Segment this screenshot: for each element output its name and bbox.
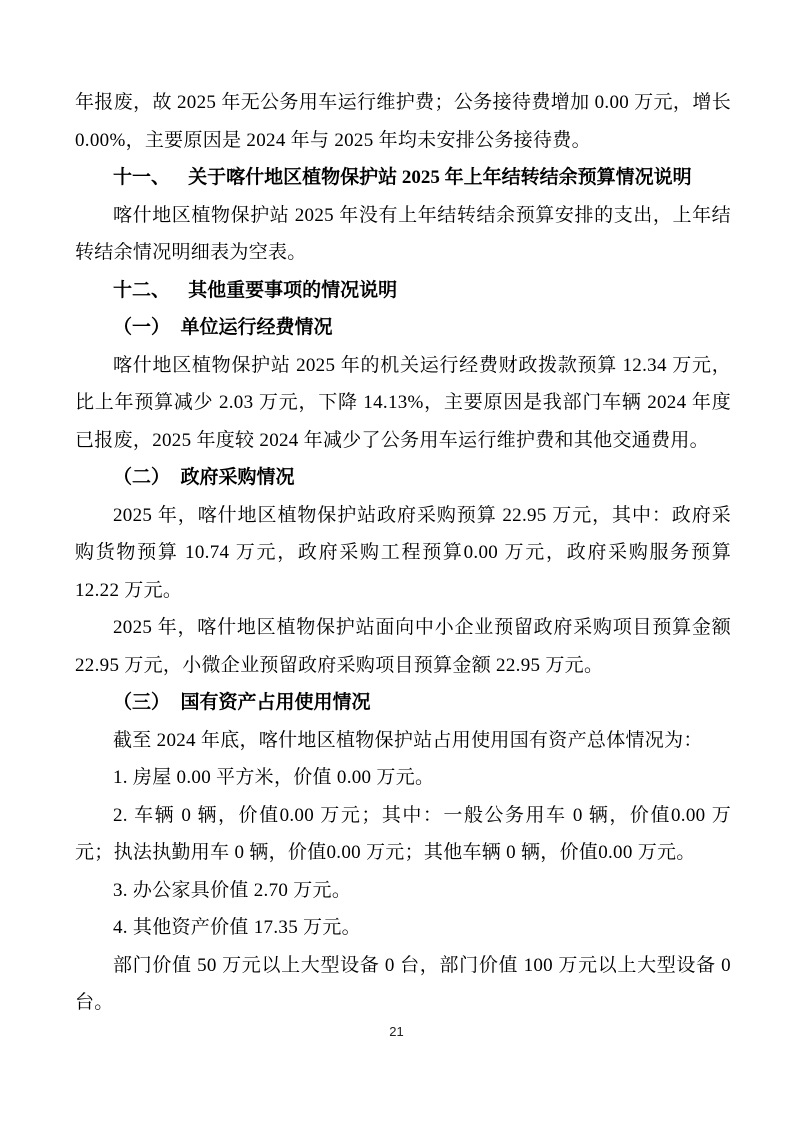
paragraph-state-assets-intro: 截至 2024 年底，喀什地区植物保护站占用使用国有资产总体情况为：	[75, 722, 731, 760]
section-heading-eleven: 十一、关于喀什地区植物保护站 2025 年上年结转结余预算情况说明	[75, 159, 731, 197]
page-number: 21	[0, 1024, 793, 1039]
subsection-title: 政府采购情况	[180, 467, 294, 488]
subsection-number: （三）	[113, 692, 170, 713]
paragraph-procurement-budget: 2025 年，喀什地区植物保护站政府采购预算 22.95 万元，其中：政府采购货…	[75, 497, 731, 610]
subsection-number: （一）	[113, 317, 170, 338]
subsection-heading-three: （三）国有资产占用使用情况	[75, 684, 731, 722]
section-number: 十二、	[113, 280, 170, 301]
subsection-title: 国有资产占用使用情况	[180, 692, 370, 713]
paragraph-asset-item-other: 4. 其他资产价值 17.35 万元。	[75, 909, 731, 947]
subsection-number: （二）	[113, 467, 170, 488]
subsection-heading-two: （二）政府采购情况	[75, 459, 731, 497]
paragraph-carryover-balance: 喀什地区植物保护站 2025 年没有上年结转结余预算安排的支出，上年结转结余情况…	[75, 197, 731, 272]
paragraph-asset-item-vehicles: 2. 车辆 0 辆，价值0.00 万元；其中：一般公务用车 0 辆，价值0.00…	[75, 797, 731, 872]
paragraph-procurement-sme: 2025 年，喀什地区植物保护站面向中小企业预留政府采购项目预算金额 22.95…	[75, 609, 731, 684]
section-heading-twelve: 十二、其他重要事项的情况说明	[75, 272, 731, 310]
paragraph-large-equipment: 部门价值 50 万元以上大型设备 0 台，部门价值 100 万元以上大型设备 0…	[75, 947, 731, 1022]
document-page: 年报废，故 2025 年无公务用车运行维护费；公务接待费增加 0.00 万元，增…	[0, 0, 793, 1122]
section-title: 关于喀什地区植物保护站 2025 年上年结转结余预算情况说明	[188, 167, 692, 188]
paragraph-continuation: 年报废，故 2025 年无公务用车运行维护费；公务接待费增加 0.00 万元，增…	[75, 84, 731, 159]
paragraph-asset-item-furniture: 3. 办公家具价值 2.70 万元。	[75, 872, 731, 910]
paragraph-operating-expenses: 喀什地区植物保护站 2025 年的机关运行经费财政拨款预算 12.34 万元，比…	[75, 347, 731, 460]
document-content: 年报废，故 2025 年无公务用车运行维护费；公务接待费增加 0.00 万元，增…	[75, 84, 731, 1022]
subsection-heading-one: （一）单位运行经费情况	[75, 309, 731, 347]
subsection-title: 单位运行经费情况	[180, 317, 332, 338]
section-title: 其他重要事项的情况说明	[188, 280, 397, 301]
paragraph-asset-item-housing: 1. 房屋 0.00 平方米，价值 0.00 万元。	[75, 759, 731, 797]
section-number: 十一、	[113, 167, 170, 188]
